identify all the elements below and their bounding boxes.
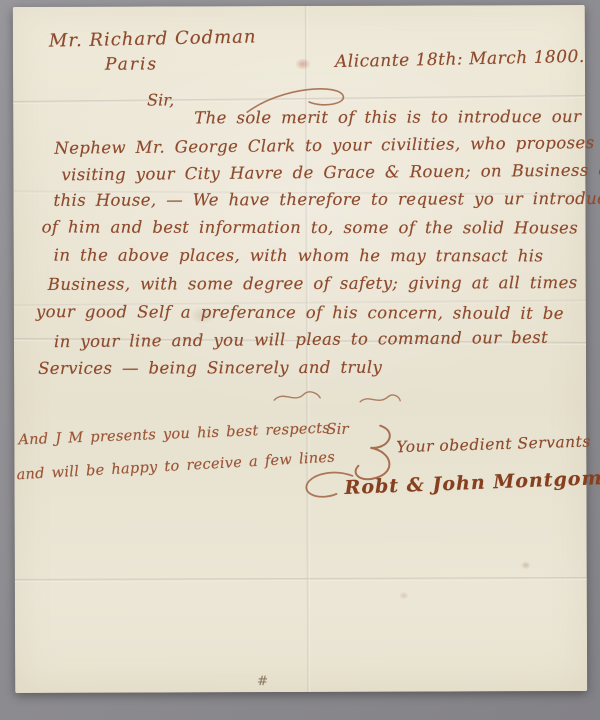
postscript-line: And J M presents you his best respects (18, 420, 330, 448)
body-line: visiting your City Havre de Grace & Roue… (61, 160, 600, 184)
recipient-city: Paris (105, 54, 158, 74)
letter-paper: Mr. Richard Codman Paris Alicante 18th: … (13, 5, 587, 693)
foxing-spot (399, 592, 409, 600)
body-line: Business, with some degree of safety; gi… (48, 273, 578, 294)
dateline: Alicante 18th: March 1800. (335, 47, 585, 72)
body-line: Services — being Sincerely and truly (38, 358, 382, 378)
fold-crease-horizontal-top (13, 95, 585, 104)
pen-flourish-icon (358, 392, 402, 408)
photo-background: Mr. Richard Codman Paris Alicante 18th: … (0, 0, 600, 720)
ink-stain (295, 58, 311, 70)
signature: Robt & John Montgomery (344, 466, 600, 499)
closing: Your obedient Servants (396, 432, 591, 456)
body-line: of him and best information to, some of … (42, 217, 579, 237)
body-line: Nephew Mr. George Clark to your civiliti… (54, 133, 594, 158)
postscript-sir: Sir (326, 420, 348, 438)
body-line: in the above places, with whom he may tr… (54, 246, 544, 266)
fold-crease-horizontal-bottom (15, 577, 587, 582)
body-line: The sole merit of this is to introduce o… (194, 107, 581, 127)
body-line: in your line and you will pleas to comma… (54, 328, 548, 351)
pen-flourish-icon (272, 388, 322, 406)
body-line: this House, — We have therefore to reque… (53, 189, 600, 210)
postscript-line: and will be happy to receive a few lines (16, 450, 335, 484)
bottom-mark: # (257, 674, 268, 689)
salutation: Sir, (147, 90, 174, 109)
body-line: your good Self a preferance of his conce… (36, 302, 564, 323)
recipient-name: Mr. Richard Codman (49, 26, 257, 51)
foxing-spot (521, 561, 531, 569)
